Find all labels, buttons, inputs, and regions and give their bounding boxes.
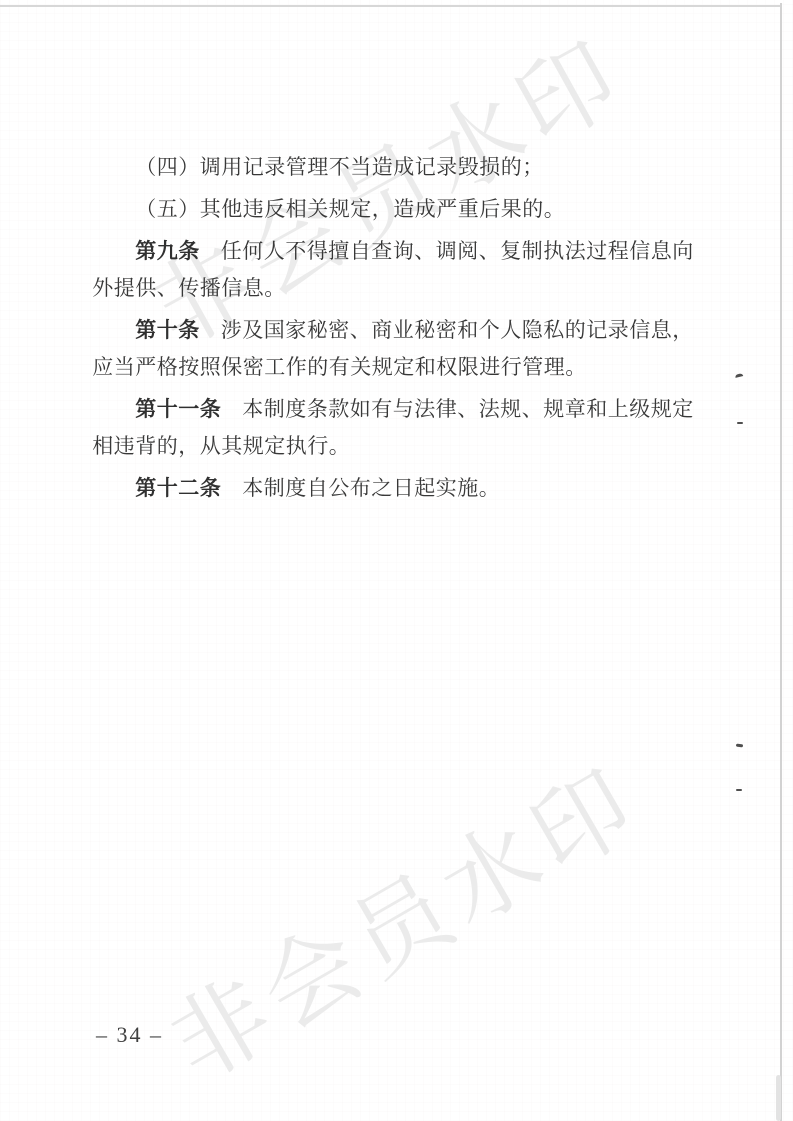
- text-segment: （四）调用记录管理不当造成记录毁损的；: [135, 153, 544, 183]
- watermark-bottom: 非会员水印: [151, 752, 653, 1102]
- text-line: 应当严格按照保密工作的有关规定和权限进行管理。: [92, 349, 683, 386]
- text-segment: 涉及国家秘密、商业秘密和个人隐私的记录信息，: [221, 316, 694, 346]
- watermark-char: 会: [241, 908, 383, 1050]
- document-body: （四）调用记录管理不当造成记录毁损的；（五）其他违反相关规定，造成严重后果的。第…: [92, 149, 683, 512]
- watermark-char: 员: [331, 856, 473, 998]
- text-segment: 应当严格按照保密工作的有关规定和权限进行管理。: [92, 353, 587, 383]
- paragraph: 第十一条本制度条款如有与法律、法规、规章和上级规定相违背的，从其规定执行。: [92, 391, 683, 465]
- scan-right-border-line: [780, 3, 782, 1121]
- text-line: 第十条涉及国家秘密、商业秘密和个人隐私的记录信息，: [92, 312, 683, 349]
- text-segment: 外提供、传播信息。: [92, 274, 286, 304]
- paragraph: 第十条涉及国家秘密、商业秘密和个人隐私的记录信息，应当严格按照保密工作的有关规定…: [92, 312, 683, 386]
- article-term: 第九条: [135, 237, 200, 267]
- watermark-char: 印: [496, 24, 637, 165]
- scan-speck: [737, 422, 743, 424]
- text-line: 第九条任何人不得擅自查询、调阅、复制执法过程信息向: [92, 233, 683, 270]
- text-segment: 本制度自公布之日起实施。: [242, 474, 500, 504]
- text-line: （五）其他违反相关规定，造成严重后果的。: [92, 191, 683, 228]
- scan-speck: [736, 789, 742, 791]
- paragraph: （四）调用记录管理不当造成记录毁损的；: [92, 149, 683, 186]
- article-term: 第十一条: [135, 395, 221, 425]
- watermark-char: 印: [511, 752, 653, 894]
- paragraph: （五）其他违反相关规定，造成严重后果的。: [92, 191, 683, 228]
- text-segment: 任何人不得擅自查询、调阅、复制执法过程信息向: [221, 237, 694, 267]
- paragraph: 第九条任何人不得擅自查询、调阅、复制执法过程信息向外提供、传播信息。: [92, 233, 683, 307]
- scan-top-border-line: [0, 5, 781, 7]
- scan-speck: [735, 373, 743, 378]
- scan-edge-smudge: [776, 1075, 781, 1121]
- text-line: 相违背的，从其规定执行。: [92, 428, 683, 465]
- text-line: 外提供、传播信息。: [92, 270, 683, 307]
- article-term: 第十二条: [135, 474, 221, 504]
- scanned-document-page: 非会员水印 非会员水印 （四）调用记录管理不当造成记录毁损的；（五）其他违反相关…: [0, 0, 793, 1121]
- text-segment: 相违背的，从其规定执行。: [92, 432, 350, 462]
- article-term: 第十条: [135, 316, 200, 346]
- text-segment: 本制度条款如有与法律、法规、规章和上级规定: [242, 395, 694, 425]
- text-segment: （五）其他违反相关规定，造成严重后果的。: [135, 195, 565, 225]
- paragraph: 第十二条本制度自公布之日起实施。: [92, 470, 683, 507]
- text-line: 第十二条本制度自公布之日起实施。: [92, 470, 683, 507]
- page-number: – 34 –: [96, 1022, 163, 1048]
- watermark-char: 非: [151, 960, 293, 1102]
- text-line: （四）调用记录管理不当造成记录毁损的；: [92, 149, 683, 186]
- watermark-char: 水: [421, 804, 563, 946]
- text-line: 第十一条本制度条款如有与法律、法规、规章和上级规定: [92, 391, 683, 428]
- scan-speck: [736, 744, 743, 748]
